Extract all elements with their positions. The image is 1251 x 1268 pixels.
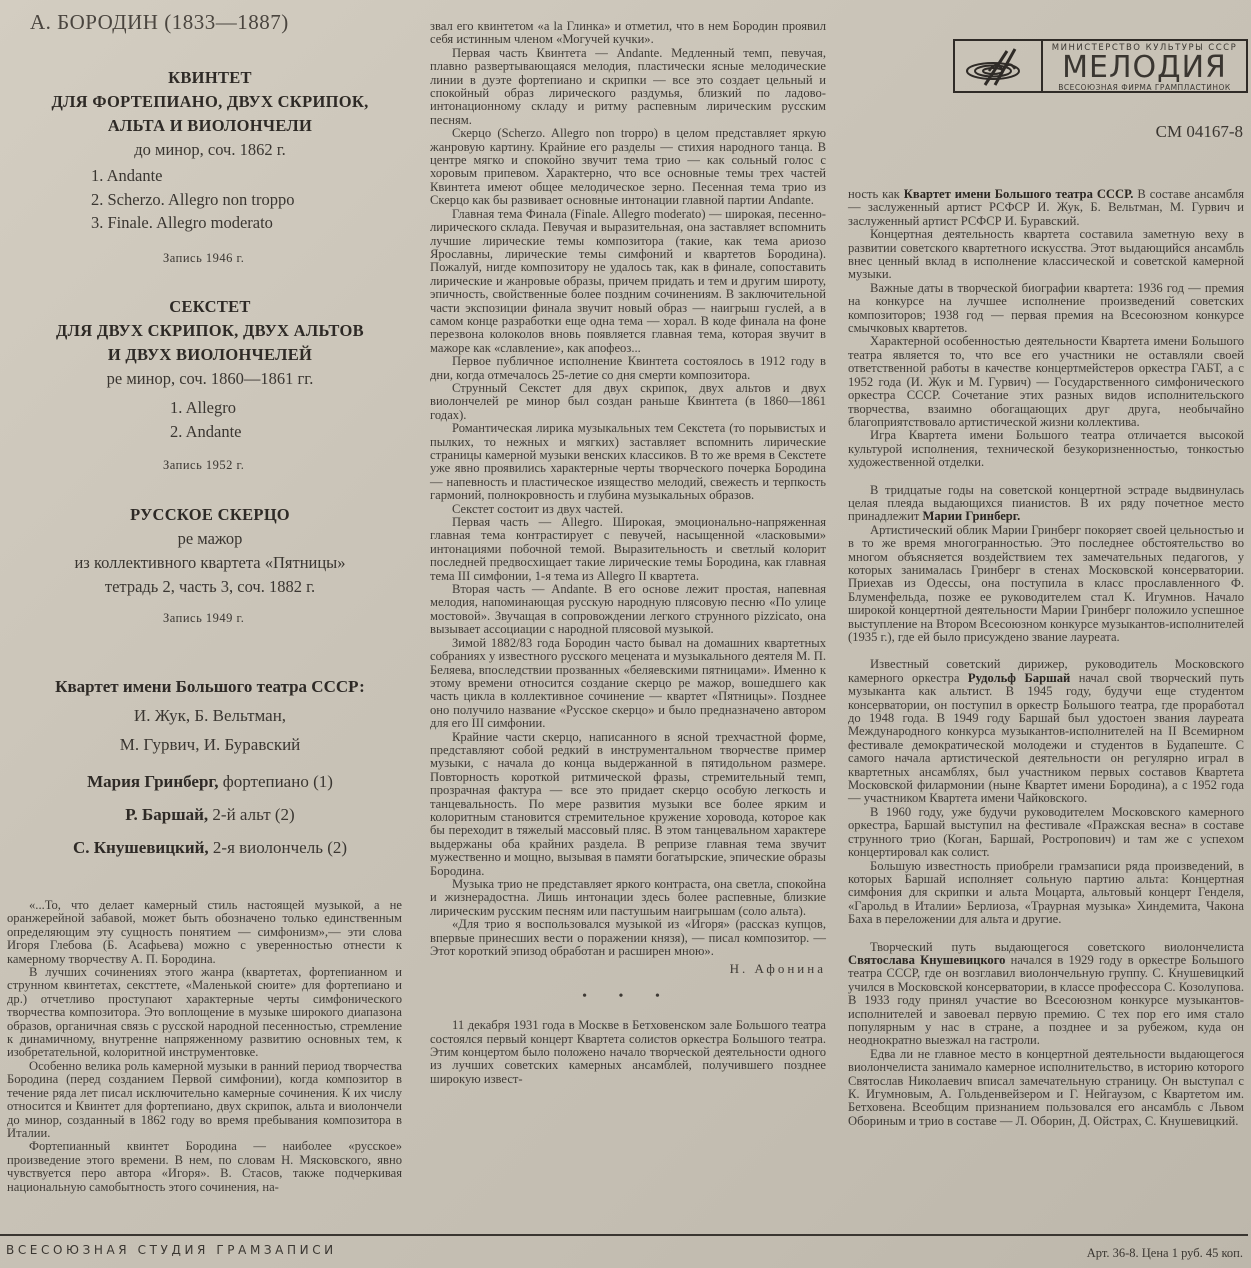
paragraph: Скерцо (Scherzo. Allegro non troppo) в ц… xyxy=(430,127,826,207)
paragraph: Фортепианный квинтет Бородина — наиболее… xyxy=(7,1140,402,1194)
performer-role: 2-я виолончель (2) xyxy=(213,838,347,857)
paragraph: Романтическая лирика музыкальных тем Сек… xyxy=(430,422,826,502)
work-title-line: СЕКСТЕТ xyxy=(0,295,420,319)
paragraph: ность как Квартет имени Большого театра … xyxy=(848,188,1244,228)
work-key: тетрадь 2, часть 3, соч. 1882 г. xyxy=(0,575,420,599)
bold-name: Рудольф Баршай xyxy=(968,671,1070,685)
catalog-number: СМ 04167-8 xyxy=(1156,122,1243,142)
paragraph: «...То, что делает камерный стиль настоя… xyxy=(7,899,402,966)
work-title-line: РУССКОЕ СКЕРЦО xyxy=(0,503,420,527)
melodiya-emblem-icon xyxy=(955,41,1043,91)
performers: Квартет имени Большого театра СССР: И. Ж… xyxy=(0,672,420,862)
studio-name: ВСЕСОЮЗНАЯ СТУДИЯ ГРАМЗАПИСИ xyxy=(6,1243,337,1257)
liner-notes-col3: ность как Квартет имени Большого театра … xyxy=(848,188,1244,1128)
paragraph: Игра Квартета имени Большого театра отли… xyxy=(848,429,1244,469)
work-sextet: СЕКСТЕТ ДЛЯ ДВУХ СКРИПОК, ДВУХ АЛЬТОВ И … xyxy=(0,295,420,391)
paragraph: Едва ли не главное место в концертной де… xyxy=(848,1048,1244,1128)
notes-author: Н. Афонина xyxy=(430,962,826,975)
quartet-name: Квартет имени Большого театра СССР: xyxy=(55,677,365,696)
paragraph: Крайние части скерцо, написанного в ясно… xyxy=(430,731,826,878)
paragraph: Особенно велика роль камерной музыки в р… xyxy=(7,1060,402,1140)
paragraph: Первая часть — Allegro. Широкая, эмоцион… xyxy=(430,516,826,583)
paragraph: «Для трио я воспользовался музыкой из «И… xyxy=(430,918,826,958)
work-russian-scherzo: РУССКОЕ СКЕРЦО ре мажор из коллективного… xyxy=(0,503,420,599)
work-title-line: ДЛЯ ФОРТЕПИАНО, ДВУХ СКРИПОК, xyxy=(0,90,420,114)
paragraph: Концертная деятельность квартета состави… xyxy=(848,228,1244,282)
bold-name: Квартет имени Большого театра СССР. xyxy=(904,187,1134,201)
track-item: 3. Finale. Allegro moderato xyxy=(91,211,294,235)
paragraph: Музыка трио не представляет яркого контр… xyxy=(430,878,826,918)
work-key: ре минор, соч. 1860—1861 гг. xyxy=(0,367,420,391)
paragraph: Зимой 1882/83 года Бородин часто бывал н… xyxy=(430,637,826,731)
paragraph: 11 декабря 1931 года в Москве в Бетховен… xyxy=(430,1019,826,1086)
work-key: до минор, соч. 1862 г. xyxy=(0,138,420,162)
work-key: из коллективного квартета «Пятницы» xyxy=(0,551,420,575)
liner-notes-col1: «...То, что делает камерный стиль настоя… xyxy=(7,899,402,1194)
paragraph: Известный советский дирижер, руководител… xyxy=(848,658,1244,805)
paragraph: Главная тема Финала (Finale. Allegro mod… xyxy=(430,208,826,355)
recording-year: Запись 1946 г. xyxy=(163,251,244,266)
paragraph: Творческий путь выдающегося советского в… xyxy=(848,941,1244,1048)
track-list-sextet: 1. Allegro 2. Andante xyxy=(170,396,242,443)
paragraph: В тридцатые годы на советской концертной… xyxy=(848,484,1244,524)
paragraph: Первая часть Квинтета — Andante. Медленн… xyxy=(430,47,826,127)
work-title-line: АЛЬТА И ВИОЛОНЧЕЛИ xyxy=(0,114,420,138)
paragraph: В лучших сочинениях этого жанра (квартет… xyxy=(7,966,402,1060)
work-title-line: ДЛЯ ДВУХ СКРИПОК, ДВУХ АЛЬТОВ xyxy=(0,319,420,343)
paragraph: Струнный Секстет для двух скрипок, двух … xyxy=(430,382,826,422)
price-info: Арт. 36-8. Цена 1 руб. 45 коп. xyxy=(1087,1246,1243,1261)
footer-divider xyxy=(0,1234,412,1236)
performer-name: Р. Баршай, xyxy=(125,805,208,824)
paragraph: Большую известность приобрели грамзаписи… xyxy=(848,860,1244,927)
quartet-members: М. Гурвич, И. Буравский xyxy=(0,730,420,759)
track-item: 1. Allegro xyxy=(170,396,242,420)
paragraph: Характерной особенностью деятельности Кв… xyxy=(848,335,1244,429)
bold-name: Святослава Кнушевицкого xyxy=(848,953,1005,967)
work-title-line: И ДВУХ ВИОЛОНЧЕЛЕЙ xyxy=(0,343,420,367)
composer-heading: А. БОРОДИН (1833—1887) xyxy=(30,10,289,35)
liner-notes-col2: звал его квинтетом «a la Глинка» и отмет… xyxy=(430,20,826,1086)
paragraph: звал его квинтетом «a la Глинка» и отмет… xyxy=(430,20,826,47)
label-brand: МЕЛОДИЯ xyxy=(1043,53,1246,83)
performer-role: фортепиано (1) xyxy=(223,772,333,791)
paragraph: В 1960 году, уже будучи руководителем Мо… xyxy=(848,806,1244,860)
paragraph: Первое публичное исполнение Квинтета сос… xyxy=(430,355,826,382)
track-item: 1. Andante xyxy=(91,164,294,188)
recording-year: Запись 1949 г. xyxy=(163,611,244,626)
footer-divider xyxy=(412,1234,1248,1236)
paragraph: Вторая часть — Andante. В его основе леж… xyxy=(430,583,826,637)
work-title-line: КВИНТЕТ xyxy=(0,66,420,90)
track-item: 2. Andante xyxy=(170,420,242,444)
paragraph: Артистический облик Марии Гринберг покор… xyxy=(848,524,1244,645)
paragraph: Секстет состоит из двух частей. xyxy=(430,503,826,516)
paragraph: Важные даты в творческой биографии кварт… xyxy=(848,282,1244,336)
label-firm: ВСЕСОЮЗНАЯ ФИРМА ГРАМПЛАСТИНОК xyxy=(1043,83,1246,92)
recording-year: Запись 1952 г. xyxy=(163,458,244,473)
section-separator: • • • xyxy=(430,990,826,1003)
quartet-members: И. Жук, Б. Вельтман, xyxy=(0,701,420,730)
performer-role: 2-й альт (2) xyxy=(212,805,294,824)
performer-name: Мария Гринберг, xyxy=(87,772,218,791)
melodiya-logo: МИНИСТЕРСТВО КУЛЬТУРЫ СССР МЕЛОДИЯ ВСЕСО… xyxy=(953,39,1248,93)
bold-name: Марии Гринберг. xyxy=(922,509,1020,523)
track-item: 2. Scherzo. Allegro non troppo xyxy=(91,188,294,212)
work-key: ре мажор xyxy=(0,527,420,551)
work-quintet: КВИНТЕТ ДЛЯ ФОРТЕПИАНО, ДВУХ СКРИПОК, АЛ… xyxy=(0,66,420,162)
performer-name: С. Кнушевицкий, xyxy=(73,838,209,857)
track-list-quintet: 1. Andante 2. Scherzo. Allegro non tropp… xyxy=(91,164,294,235)
